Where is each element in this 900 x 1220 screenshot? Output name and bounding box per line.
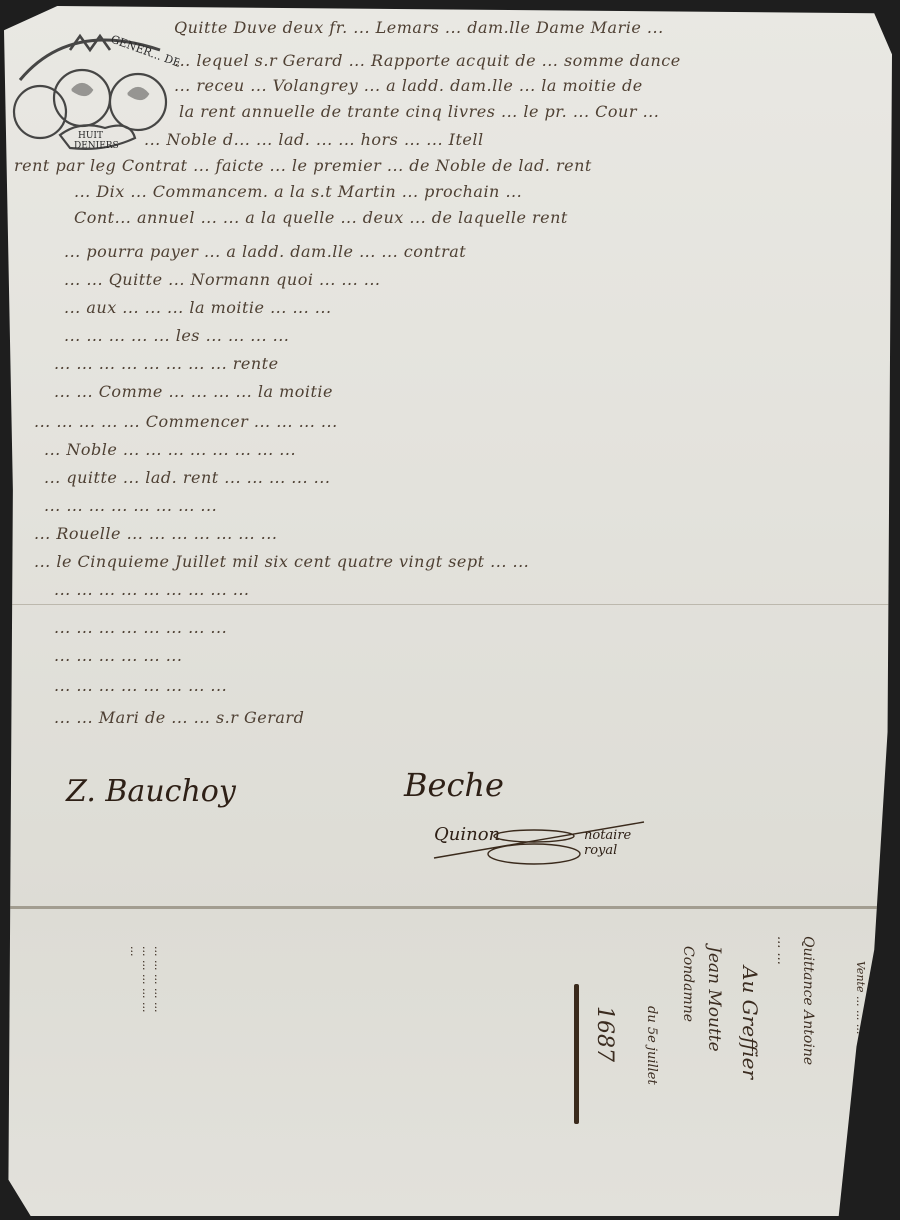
endorsement-line: Condamne	[680, 946, 696, 1022]
svg-text:GENER... DE DIJON: GENER... DE DIJON	[109, 33, 180, 84]
manuscript-line: ... ... ... ... ... ... ... ...	[44, 496, 217, 515]
signature-left: Z. Bauchoy	[66, 774, 236, 809]
manuscript-line: ... ... Mari de ... ... s.r Gerard	[54, 708, 304, 727]
fold-line	[4, 604, 892, 605]
manuscript-line: rent par leg Contrat ... faicte ... le p…	[14, 156, 592, 175]
manuscript-line: ... Noble ... ... ... ... ... ... ... ..…	[44, 440, 296, 459]
manuscript-line: ... Rouelle ... ... ... ... ... ... ...	[34, 524, 277, 543]
manuscript-line: ... aux ... ... ... la moitie ... ... ..…	[64, 298, 332, 317]
manuscript-line: ... ... ... ... ... les ... ... ... ...	[64, 326, 289, 345]
endorsement-date: du 5e juillet	[644, 1006, 659, 1085]
endorsement-year: 1687	[592, 1006, 617, 1062]
signature-flourish-icon	[424, 816, 664, 876]
signature-right: Beche	[404, 766, 504, 804]
manuscript-line: ... le Cinquieme Juillet mil six cent qu…	[34, 552, 529, 571]
manuscript-line: ... ... ... ... ... ... ... ... rente	[54, 354, 279, 373]
manuscript-line: ... Noble d... ... lad. ... ... hors ...…	[144, 130, 484, 149]
manuscript-line: ... ... ... ... ... ...	[54, 646, 182, 665]
manuscript-line: ... lequel s.r Gerard ... Rapporte acqui…	[174, 51, 681, 70]
manuscript-line: ... ... ... ... ... ... ... ...	[54, 618, 227, 637]
endorsement-line: Quittance Antoine	[800, 936, 816, 1065]
manuscript-page: GENER... DE DIJON HUIT DENIERS Quitte Du…	[4, 6, 892, 1216]
endorsement-line: ... ...	[774, 936, 789, 965]
manuscript-line: la rent annuelle de trante cinq livres .…	[179, 102, 659, 121]
manuscript-line: ... ... ... ... ... ... ... ...	[54, 676, 227, 695]
endorsement-line: Au Greffier	[738, 966, 762, 1079]
fold-line	[4, 906, 892, 909]
manuscript-line: Cont... annuel ... ... a la quelle ... d…	[74, 208, 568, 227]
manuscript-line: ... ... Quitte ... Normann quoi ... ... …	[64, 270, 381, 289]
manuscript-line: ... receu ... Volangrey ... a ladd. dam.…	[174, 76, 643, 95]
endorsement-left-line: ...	[128, 946, 141, 986]
svg-text:HUIT: HUIT	[78, 131, 103, 141]
manuscript-line: ... ... ... ... ... Commencer ... ... ..…	[34, 412, 338, 431]
svg-text:DENIERS: DENIERS	[74, 141, 119, 151]
manuscript-line: ... pourra payer ... a ladd. dam.lle ...…	[64, 242, 466, 261]
endorsement-margin: Vente ... ... ...	[854, 961, 867, 1034]
manuscript-line: ... ... ... ... ... ... ... ... ...	[54, 580, 250, 599]
endorsement-left-line: ... ... ... ... ...	[152, 946, 165, 1196]
manuscript-line: ... Dix ... Commancem. a la s.t Martin .…	[74, 182, 522, 201]
manuscript-line: ... ... Comme ... ... ... ... la moitie	[54, 382, 333, 401]
ink-stroke	[574, 984, 579, 1124]
endorsement-line: Jean Moutte	[704, 946, 724, 1052]
manuscript-line: ... quitte ... lad. rent ... ... ... ...…	[44, 468, 330, 487]
endorsement-left-line: ... ... ... ... ...	[140, 946, 153, 1196]
manuscript-line: Quitte Duve deux fr. ... Lemars ... dam.…	[174, 18, 664, 37]
